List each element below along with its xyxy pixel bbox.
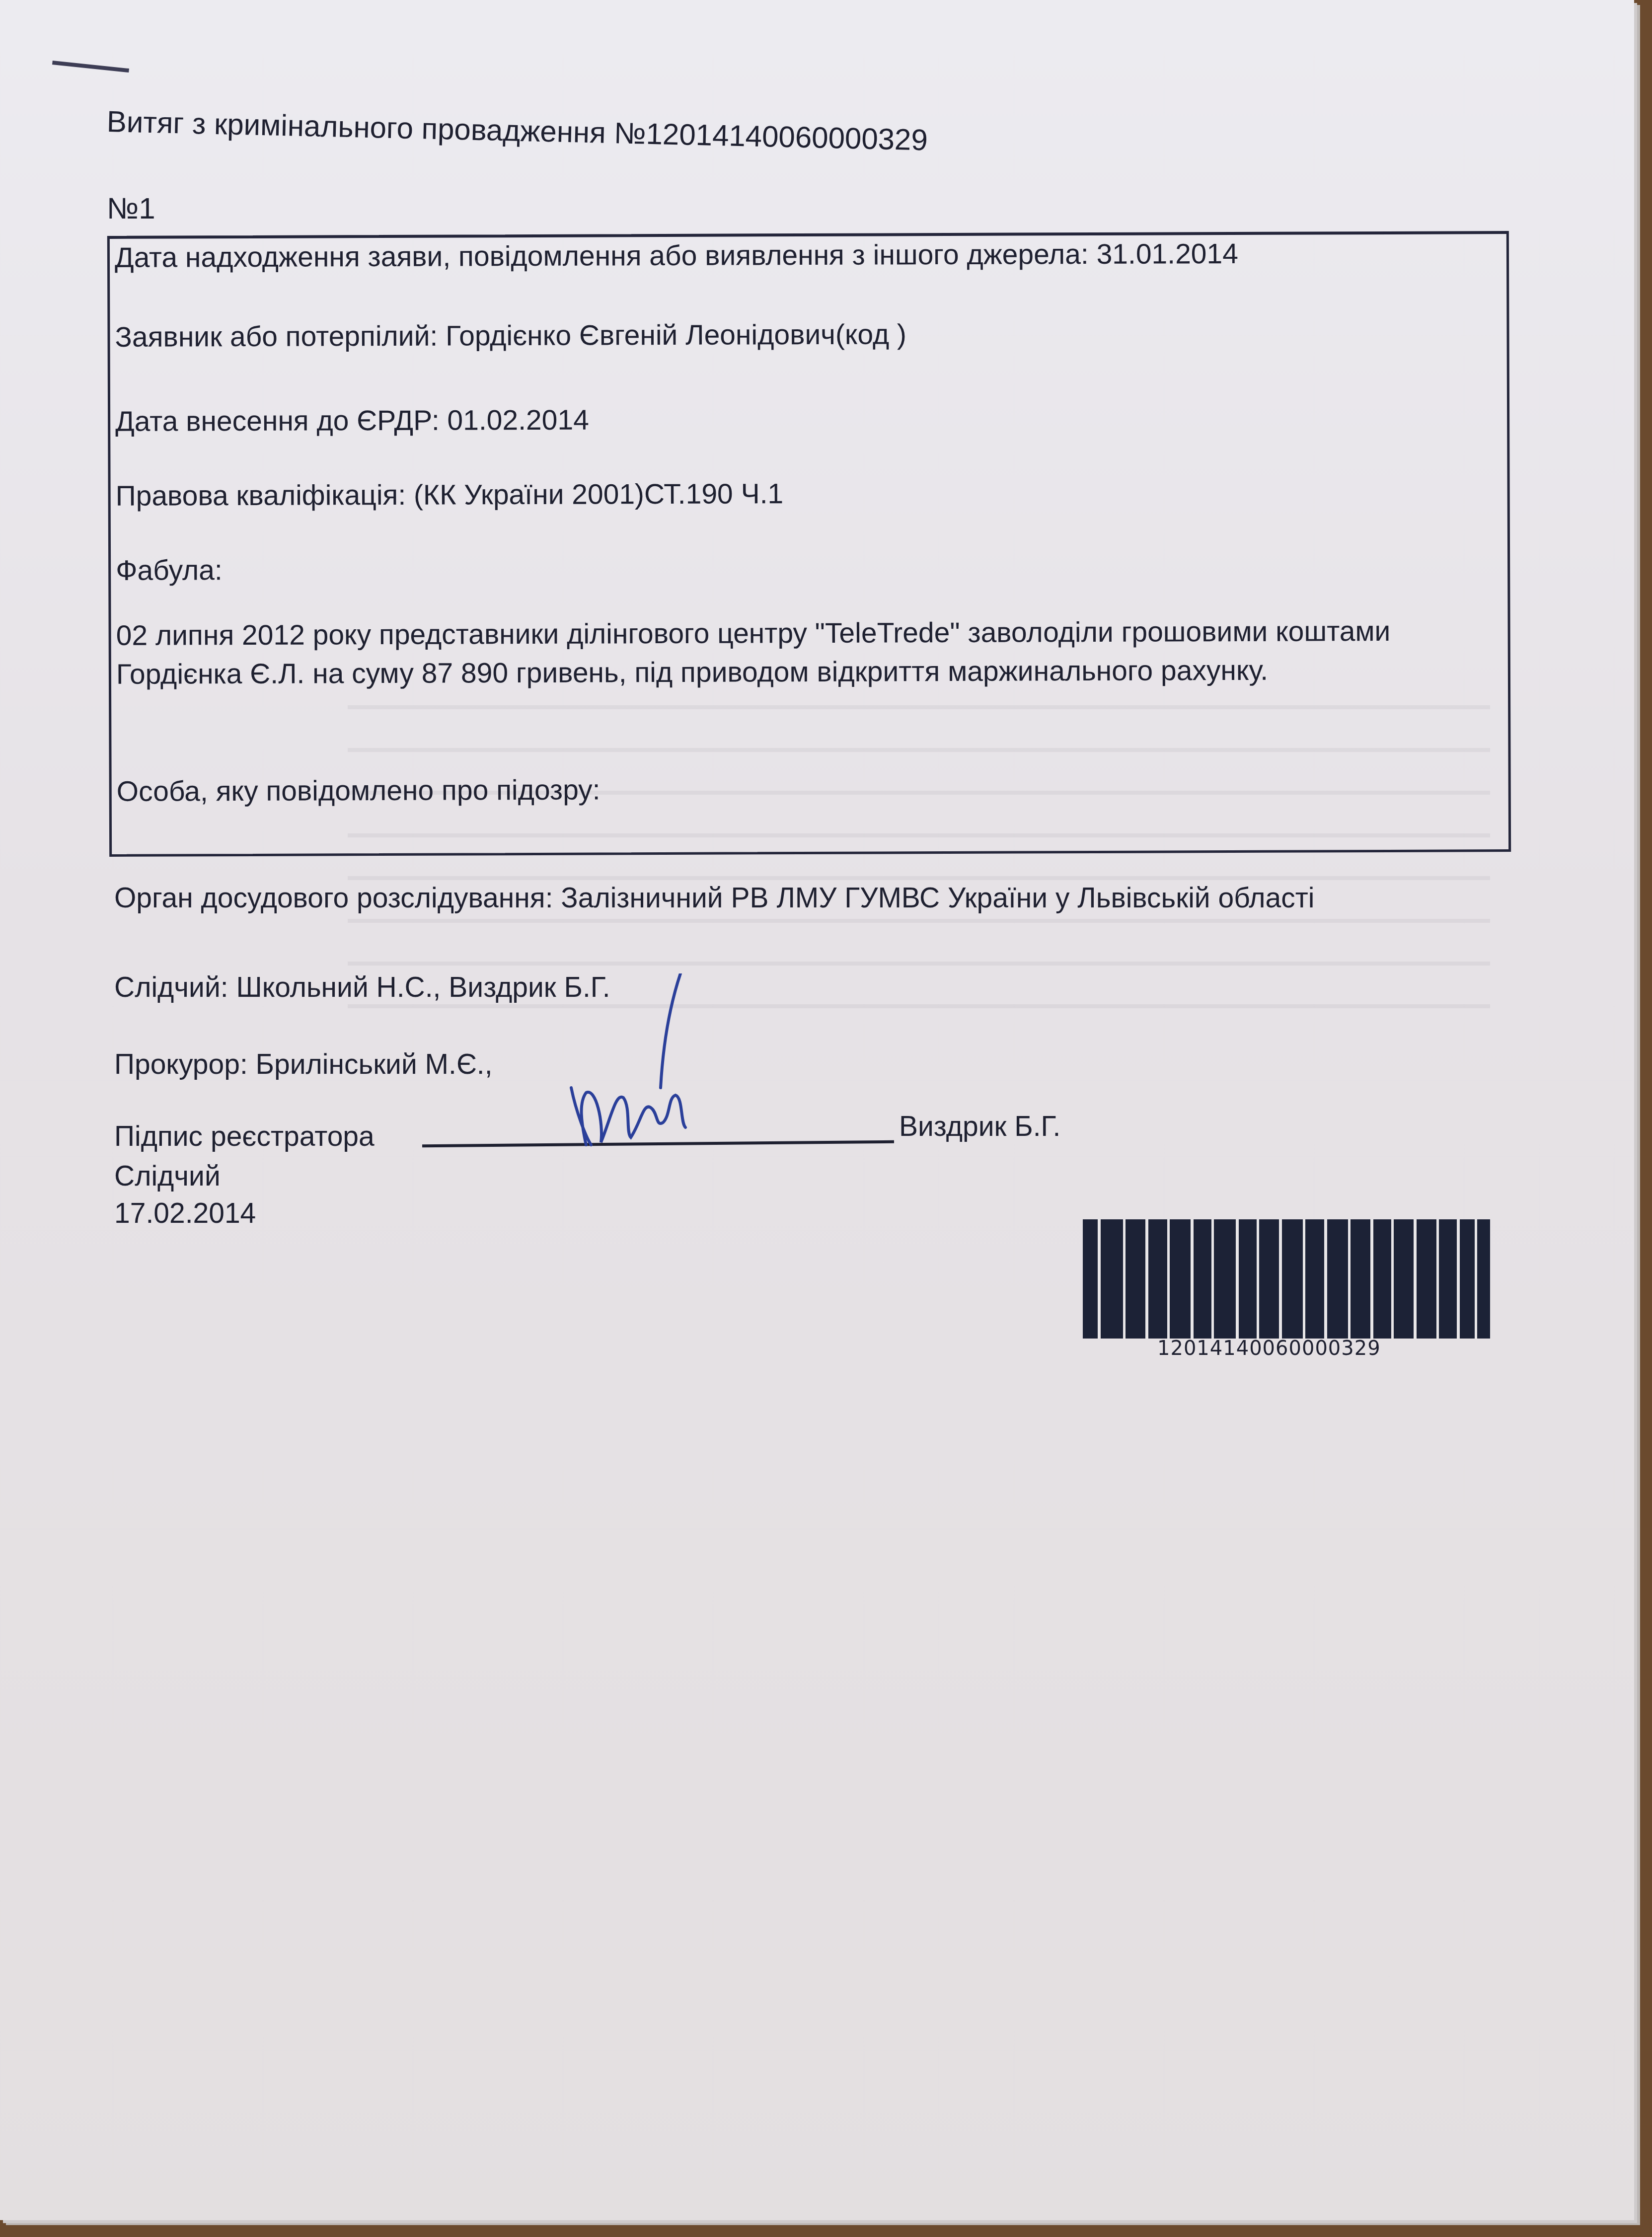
investigator: Слідчий: Школьний Н.С., Виздрик Б.Г. xyxy=(114,971,610,1004)
signature-date: 17.02.2014 xyxy=(114,1197,256,1230)
suspect-label: Особа, яку повідомлено про підозру: xyxy=(117,773,601,808)
fabula-label: Фабула: xyxy=(116,554,223,587)
legal-qualification: Правова кваліфікація: (КК України 2001)С… xyxy=(116,477,784,513)
investigation-body: Орган досудового розслідування: Залізнич… xyxy=(114,882,1315,914)
prosecutor: Прокурор: Брилінський М.Є., xyxy=(114,1048,493,1081)
entry-number: №1 xyxy=(107,191,155,225)
signer-role: Слідчий xyxy=(114,1160,221,1193)
signer-name: Виздрик Б.Г. xyxy=(899,1110,1060,1143)
applicant: Заявник або потерпілий: Гордієнко Євгені… xyxy=(115,318,906,354)
handwritten-signature-icon xyxy=(556,973,715,1152)
corner-mark xyxy=(52,61,129,73)
document-page: Витяг з кримінального провадження №12014… xyxy=(0,0,1634,2220)
barcode-number: 12014140060000329 xyxy=(1157,1337,1381,1360)
document-title: Витяг з кримінального провадження №12014… xyxy=(106,104,928,157)
receipt-date: Дата надходження заяви, повідомлення або… xyxy=(115,237,1238,274)
record-box: Дата надходження заяви, повідомлення або… xyxy=(107,231,1511,857)
erdr-date: Дата внесення до ЄРДР: 01.02.2014 xyxy=(115,404,589,438)
barcode xyxy=(1083,1219,1490,1339)
fabula-text: 02 липня 2012 року представники ділінгов… xyxy=(116,611,1498,694)
signature-label: Підпис реєстратора xyxy=(114,1120,375,1153)
